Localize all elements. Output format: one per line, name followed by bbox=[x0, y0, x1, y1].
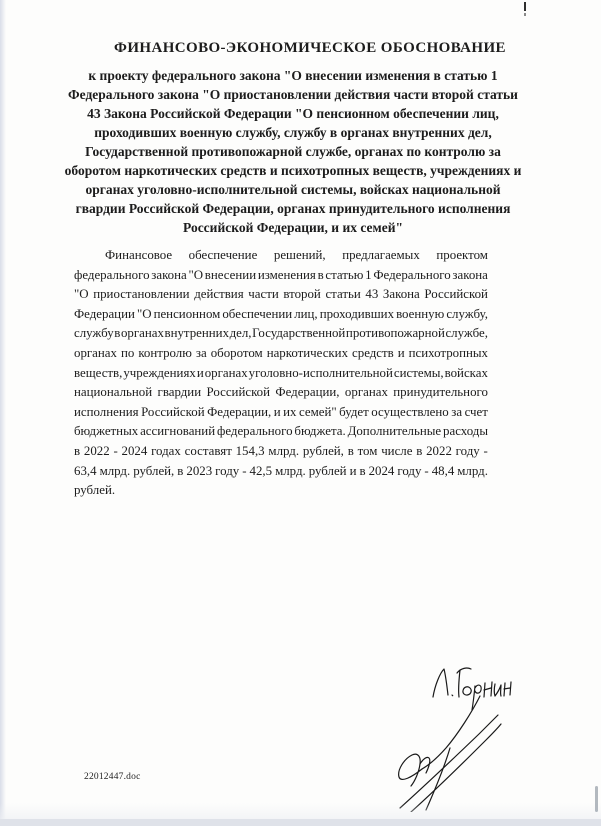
body-line: бюджетныхассигнованийфедеральногобюджета… bbox=[74, 424, 488, 444]
subtitle-line: 43 Закона Российской Федерации "О пенсио… bbox=[30, 104, 556, 123]
body-line: веществ,учрежденияхиорганахуголовно-испо… bbox=[74, 366, 488, 386]
signature-name-stroke bbox=[457, 668, 471, 697]
body-line: федеральногозакона"Овнесенииизменениявст… bbox=[74, 268, 488, 288]
signature-flourish-stroke bbox=[399, 754, 422, 786]
signature-name-stroke bbox=[484, 682, 492, 697]
signature-name-stroke bbox=[494, 684, 501, 696]
scan-artifact-bottom-band bbox=[0, 819, 601, 826]
body-line: "Оприостановлениидействиячастивторойстат… bbox=[74, 287, 488, 307]
body-line: рублей. bbox=[74, 483, 488, 503]
subtitle-line: гвардии Российской Федерации, органах пр… bbox=[30, 199, 556, 218]
signature-name-stroke bbox=[504, 682, 511, 696]
scan-artifact-bottom-fade bbox=[0, 803, 601, 819]
body-paragraph: Финансовоеобеспечениерешений,предлагаемы… bbox=[74, 248, 488, 503]
body-line: Федерации"Опенсионномобеспечениилиц,прох… bbox=[74, 307, 488, 327]
scan-artifact-top-tick-dot bbox=[524, 13, 526, 16]
signature-flourish-stroke bbox=[422, 696, 480, 769]
subtitle-line: оборотом наркотических средств и психотр… bbox=[30, 161, 556, 180]
document-subtitle: к проекту федерального закона "О внесени… bbox=[30, 66, 556, 237]
body-line: органахпоконтролюзаоборотомнаркотических… bbox=[74, 346, 488, 366]
scan-artifact-left-edge bbox=[0, 0, 6, 826]
subtitle-line: к проекту федерального закона "О внесени… bbox=[30, 66, 556, 85]
signature-flourish-stroke bbox=[400, 715, 498, 808]
subtitle-line: Российской Федерации, и их семей" bbox=[30, 218, 556, 237]
subtitle-line: органах уголовно-исполнительной системы,… bbox=[30, 180, 556, 199]
scan-artifact-right-sliver bbox=[595, 786, 598, 812]
subtitle-line: Федерального закона "О приостановлении д… bbox=[30, 85, 556, 104]
scan-artifact-top-tick bbox=[524, 2, 526, 11]
document-title: ФИНАНСОВО-ЭКОНОМИЧЕСКОЕ ОБОСНОВАНИЕ bbox=[40, 40, 580, 57]
body-line: в2022-2024годахсоставят154,3млрд.рублей,… bbox=[74, 444, 488, 464]
signature-name-stroke bbox=[433, 669, 448, 697]
signature-name-stroke bbox=[463, 687, 471, 695]
subtitle-line: проходивших военную службу, службу в орг… bbox=[30, 123, 556, 142]
signature-handwriting bbox=[376, 652, 516, 812]
footer-filename: 22012447.doc bbox=[84, 772, 141, 782]
body-line: национальнойгвардииРоссийскойФедерации,о… bbox=[74, 385, 488, 405]
subtitle-line: Государственной противопожарной службе, … bbox=[30, 142, 556, 161]
body-line: службуворганахвнутреннихдел,Государствен… bbox=[74, 326, 488, 346]
body-line: Финансовоеобеспечениерешений,предлагаемы… bbox=[74, 248, 488, 268]
body-line: исполненияРоссийскойФедерации,иихсемей"б… bbox=[74, 405, 488, 425]
signature-name-stroke bbox=[452, 695, 453, 696]
scanned-document-page: ФИНАНСОВО-ЭКОНОМИЧЕСКОЕ ОБОСНОВАНИЕ к пр… bbox=[0, 0, 601, 826]
body-line: 63,4млрд.рублей,в2023году-42,5млрд.рубле… bbox=[74, 464, 488, 484]
